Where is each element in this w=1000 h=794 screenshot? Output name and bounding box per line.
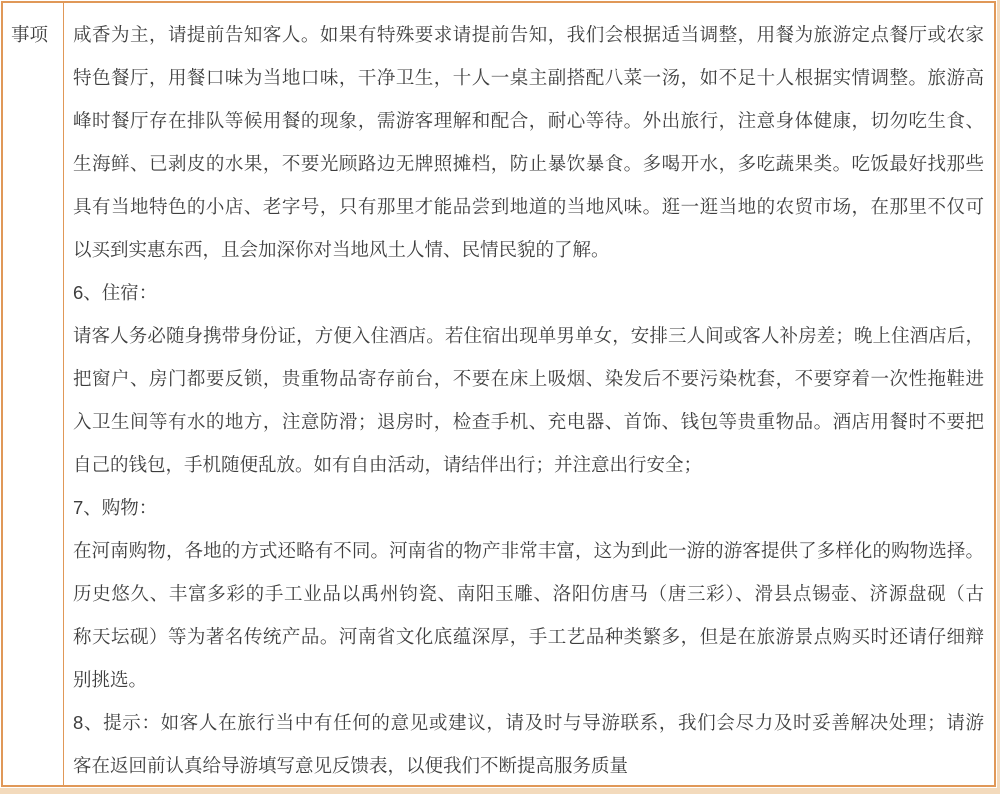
text-line: 以买到实惠东西，且会加深你对当地风土人情、民情民貌的了解。 [73, 228, 984, 271]
text-line: 历史悠久、丰富多彩的手工业品以禹州钧瓷、南阳玉雕、洛阳仿唐马（唐三彩）、滑县点锡… [73, 572, 984, 615]
text-line: 别挑选。 [73, 658, 984, 701]
row-header-label: 事项 [11, 24, 48, 45]
text-line: 特色餐厅，用餐口味为当地口味，干净卫生，十人一桌主副搭配八菜一汤，如不足十人根据… [73, 56, 984, 99]
text-line: 入卫生间等有水的地方，注意防滑；退房时，检查手机、充电器、首饰、钱包等贵重物品。… [73, 400, 984, 443]
travel-notes-table: 事项 咸香为主，请提前告知客人。如果有特殊要求请提前告知，我们会根据适当调整，用… [1, 1, 996, 787]
text-line: 8、提示：如客人在旅行当中有任何的意见或建议，请及时与导游联系，我们会尽力及时妥… [73, 701, 984, 744]
text-line: 峰时餐厅存在排队等候用餐的现象，需游客理解和配合，耐心等待。外出旅行，注意身体健… [73, 99, 984, 142]
text-line: 在河南购物，各地的方式还略有不同。河南省的物产非常丰富，这为到此一游的游客提供了… [73, 529, 984, 572]
document-page: 事项 咸香为主，请提前告知客人。如果有特殊要求请提前告知，我们会根据适当调整，用… [0, 0, 1000, 794]
text-line: 咸香为主，请提前告知客人。如果有特殊要求请提前告知，我们会根据适当调整，用餐为旅… [73, 13, 984, 56]
text-line: 6、住宿： [73, 271, 984, 314]
text-line: 客在返回前认真给导游填写意见反馈表，以便我们不断提高服务质量 [73, 744, 984, 785]
row-header-cell: 事项 [3, 3, 64, 785]
text-line: 自己的钱包，手机随便乱放。如有自由活动，请结伴出行；并注意出行安全； [73, 443, 984, 486]
text-line: 生海鲜、已剥皮的水果，不要光顾路边无牌照摊档，防止暴饮暴食。多喝开水，多吃蔬果类… [73, 142, 984, 185]
notes-content-cell: 咸香为主，请提前告知客人。如果有特殊要求请提前告知，我们会根据适当调整，用餐为旅… [64, 3, 994, 785]
text-line: 把窗户、房门都要反锁，贵重物品寄存前台，不要在床上吸烟、染发后不要污染枕套，不要… [73, 357, 984, 400]
text-line: 具有当地特色的小店、老字号，只有那里才能品尝到地道的当地风味。逛一逛当地的农贸市… [73, 185, 984, 228]
page-background-bottom-strip [0, 788, 1000, 794]
text-line: 称天坛砚）等为著名传统产品。河南省文化底蕴深厚，手工艺品种类繁多，但是在旅游景点… [73, 615, 984, 658]
text-line: 请客人务必随身携带身份证，方便入住酒店。若住宿出现单男单女，安排三人间或客人补房… [73, 314, 984, 357]
text-line: 7、购物： [73, 486, 984, 529]
